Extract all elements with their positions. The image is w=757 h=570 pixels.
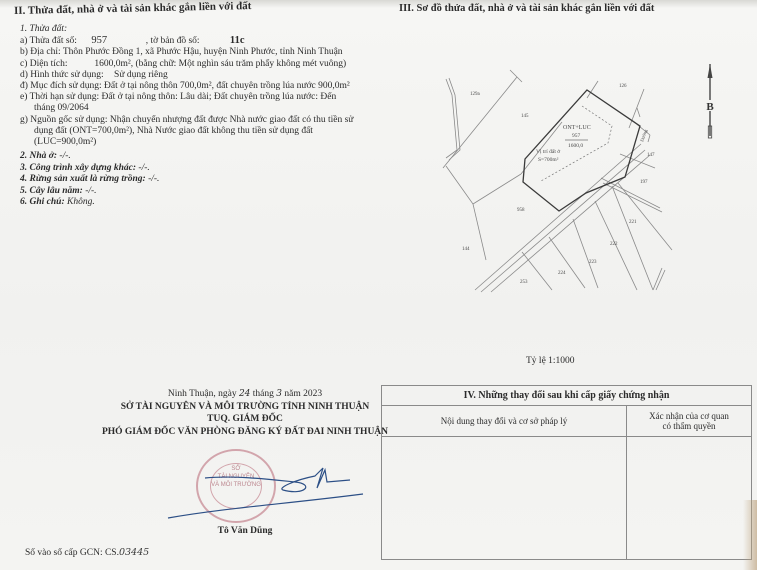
item-label: 3. Công trình xây dựng khác: [20,163,136,173]
other-assets-list: 2. Nhà ở: -/-. 3. Công trình xây dựng kh… [20,151,370,209]
address-value: Thôn Phước Đồng 1, xã Phước Hậu, huyện N… [63,47,343,57]
parcel-label-223: 223 [589,260,597,265]
registry-value: 03445 [119,547,149,558]
residential-area: S=700m² [538,157,559,163]
section-3-title: III. Sơ đồ thửa đất, nhà ở và tài sản kh… [399,3,654,14]
land-details: 1. Thửa đất: a) Thửa đất số: 957 , tờ bả… [20,24,370,209]
col-header-line: Xác nhận của cơ quan [649,411,729,421]
registry-number: Số vào sổ cấp GCN: CS.03445 [25,547,149,558]
date-month: 3 [276,389,282,399]
term-value-cont: tháng 09/2064 [20,103,370,114]
land-heading: 1. Thửa đất: [20,24,370,35]
registry-label: Số vào sổ cấp GCN: CS. [25,548,119,558]
department-name: SỞ TÀI NGUYÊN VÀ MÔI TRƯỜNG TỈNH NINH TH… [100,401,390,414]
north-label: B [706,101,714,113]
parcel-label-145: 145 [521,114,529,119]
term-label: e) Thời hạn sử dụng: [20,92,99,102]
subject-code: ONT+LUC [563,125,591,131]
origin-value-cont2: (LUC=900,0m²) [20,137,370,148]
on-behalf: TUQ. GIÁM ĐỐC [100,413,390,426]
place-date-label: Ninh Thuận, ngày [168,389,237,399]
map-scale: Tỷ lệ 1:1000 [526,356,575,366]
parcel-label-221: 221 [629,220,637,225]
subject-number: 957 [572,133,581,139]
signer-name: Tô Văn Dũng [100,526,390,536]
address-label: b) Địa chỉ: [20,47,61,57]
origin-value: Nhận chuyển nhượng đất được Nhà nước gia… [110,115,354,125]
perennial-trees-item: 5. Cây lâu năm: -/-. [20,186,370,198]
col-header-content: Nội dung thay đổi và cơ sở pháp lý [382,406,626,437]
purpose-label: đ) Mục đích sử dụng: [20,81,102,91]
area-value: 1600,0m², (bằng chữ: Một nghìn sáu trăm … [94,59,346,69]
changes-table: IV. Những thay đổi sau khi cấp giấy chứn… [381,385,752,560]
item-label: 6. Ghi chú: [20,197,65,207]
item-label: 5. Cây lâu năm: [20,186,83,196]
usage-form-label: d) Hình thức sử dụng: [20,70,104,80]
item-value: Không. [67,197,95,207]
parcel-label-126: 126 [619,84,627,89]
item-value: -/-. [138,163,149,173]
residential-label: Vị trí đất ở [536,148,560,155]
purpose-value: Đất ở tại nông thôn 700,0m², đất chuyên … [104,81,350,91]
parcel-number: 957 [79,35,143,46]
parcel-label-129a: 129a [470,92,481,97]
term-value: Đất ở tại nông thôn: Lâu dài; Đất chuyên… [102,92,337,102]
notes-item: 6. Ghi chú: Không. [20,197,370,209]
date-day: 24 [239,389,250,399]
year-label: năm 2023 [284,389,322,399]
parcel-label-224: 224 [558,271,566,276]
place-date: Ninh Thuận, ngày 24 tháng 3 năm 2023 [100,388,390,401]
authority-confirmation-column: Xác nhận của cơ quan có thẩm quyền [627,406,751,559]
signer-position: PHÓ GIÁM ĐỐC VĂN PHÒNG ĐĂNG KÝ ĐẤT ĐAI N… [100,426,390,439]
north-arrow-icon: B [700,62,720,142]
handwritten-signature-icon [165,460,365,520]
map-number: 11c [202,35,245,46]
col-header-line: có thẩm quyền [649,421,729,431]
planted-forest-item: 4. Rừng sản xuất là rừng trồng: -/-. [20,174,370,186]
parcel-label-222: 222 [610,242,618,247]
house-item: 2. Nhà ở: -/-. [20,151,370,163]
subject-area: 1600,0 [568,143,583,149]
col-header-confirmation: Xác nhận của cơ quan có thẩm quyền [627,406,751,437]
area-label: c) Diện tích: [20,59,92,70]
item-value: -/-. [148,174,159,184]
parcel-label-197: 197 [640,180,648,185]
parcel-label-253: 253 [520,280,528,285]
origin-value-cont: dụng đất (ONT=700,0m²), Nhà Nước giao đấ… [20,126,370,137]
item-value: -/-. [59,151,70,161]
parcel-label: a) Thửa đất số: [20,36,77,46]
page-edge-shadow [743,500,757,570]
usage-form-value: Sử dụng riêng [106,70,168,80]
map-label: , tờ bản đồ số: [146,36,200,46]
road-label: Đường [639,128,648,142]
parcel-label-144: 144 [462,247,470,252]
changes-content-column: Nội dung thay đổi và cơ sở pháp lý [382,406,627,559]
item-value: -/-. [85,186,96,196]
other-construction-item: 3. Công trình xây dựng khác: -/-. [20,163,370,175]
month-label: tháng [253,389,274,399]
item-label: 4. Rừng sản xuất là rừng trồng: [20,174,146,184]
item-label: 2. Nhà ở: [20,151,57,161]
section-4-title: IV. Những thay đổi sau khi cấp giấy chứn… [382,386,751,406]
parcel-label-958: 958 [517,208,525,213]
parcel-label-147: 147 [647,153,655,158]
origin-label: g) Nguồn gốc sử dụng: [20,115,107,125]
signature-block: Ninh Thuận, ngày 24 tháng 3 năm 2023 SỞ … [100,388,390,438]
